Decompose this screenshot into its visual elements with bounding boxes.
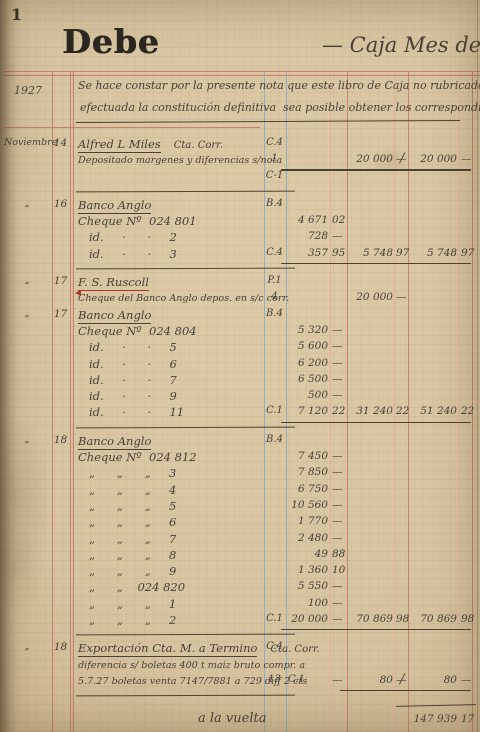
header-caja-mes: — Caja Mes de [322,33,480,57]
description-text: Cheque Nº 024 801 [78,214,197,228]
entry-separator [0,263,480,275]
description-cell: „ „ 024 820 [78,580,275,594]
cents-detail: — [332,580,346,592]
note-line-1: Se hace constar por la presente nota que… [78,79,474,92]
day-cell: 18 [51,434,70,446]
amount-detail: 49 [283,548,328,560]
folio-cell: 1 [263,153,286,164]
cents-detail: — [332,340,346,352]
description-text: „ „ „ 9 [89,564,176,578]
carry-forward-total-cents: 17 [461,713,475,725]
ruling-line [4,71,480,72]
entry-separator [0,629,480,641]
ledger-row: „17Banco AngloB.4 [0,308,480,324]
cents-detail: — [332,357,346,369]
amount-subtotal: 20 000 [347,153,393,165]
amount-total: 80 [408,674,457,686]
description-text: diferencia s/ boletas 400 t maiz bruto c… [78,660,305,671]
amount-total: 5 748 [408,247,457,259]
description-text: Cheque Nº 024 804 [78,324,197,338]
day-cell: 16 [51,198,70,210]
amount-detail: 6 200 [283,357,328,369]
ledger-row: „ „ „ 1100— [0,597,480,613]
ledger-row: id. · · 3C.4357955 748975 74897 [0,247,480,263]
description-text: Cheque del Banco Anglo depos. en s/c cor… [78,293,289,304]
cents-detail: 22 [332,405,346,417]
page-title-debe: Debe [62,22,160,61]
description-text: „ „ 024 820 [89,580,185,594]
cents-detail: — [332,389,346,401]
description-cell: „ „ „ 9 [78,564,275,578]
note-underline [76,120,460,123]
amount-subtotal: 20 000 [347,291,393,303]
description-text: Cheque Nº 024 812 [78,450,197,464]
folio-cell: C.4 [263,641,286,652]
description-cell: Depositado margenes y diferencias s/nota [78,153,264,166]
amount-subtotal: 70 869 [347,613,393,625]
description-text: Banco Anglo [78,434,151,450]
total-rule [396,704,476,707]
description-cell: id. · · 5 [78,340,275,354]
carry-forward-row: a la vuelta 147 939 17 [0,702,480,732]
ledger-row: „16Banco AngloB.4 [0,198,480,214]
ledger-row: „ „ „ 61 770— [0,515,480,531]
description-cell: diferencia s/ boletas 400 t maiz bruto c… [78,658,264,671]
cents-subtotal: 98 [396,613,408,625]
amount-subtotal: 31 240 [347,405,393,417]
ledger-row: „ „ „ 91 36010 [0,564,480,580]
cents-detail: — [332,466,346,478]
amount-detail: 7 850 [283,466,328,478]
description-cell: „ „ „ 6 [78,515,275,529]
day-cell: 14 [51,137,70,149]
ledger-row: id. · · 66 200— [0,357,480,373]
description-cell: „ „ „ 4 [78,483,275,497]
ledger-row: id. · · 55 600— [0,340,480,356]
amount-detail: 357 [283,247,328,259]
description-text: id. · · 9 [89,389,177,403]
folio-cell: C-1 [263,170,286,181]
description-text: „ „ „ 7 [89,532,176,546]
day-cell: 17 [51,308,70,320]
folio-cell: B.4 [263,308,286,319]
cents-total: 97 [461,247,475,259]
ledger-row: „18Exportación Cta. M. a TerminoCta. Cor… [0,641,480,657]
folio-cell-2: C.1 [288,674,310,685]
description-text: Banco Anglo [78,308,151,324]
amount-detail: 1 770 [283,515,328,527]
ledger-row: „ „ „ 2C.120 000—70 8699870 86998 [0,613,480,629]
cents-detail: 95 [332,247,346,259]
ledger-row: 5.7.27 boletas venta 7147/7881 a 729 dif… [0,674,480,690]
cents-detail: — [332,373,346,385]
cents-subtotal: — [396,291,408,303]
description-cell: „ „ „ 1 [78,597,275,611]
ledger-row: C-1 [0,170,480,186]
folio-cell: B.4 [263,434,286,445]
description-cell: F. S. Ruscoll [78,275,264,289]
folio-cell: 13 [263,674,286,685]
description-cell: Banco Anglo [78,434,264,448]
cents-total: — [461,153,475,165]
cents-detail: — [332,674,346,686]
amount-detail: 728 [283,230,328,242]
description-cell: Exportación Cta. M. a TerminoCta. Corr. [78,641,264,655]
ledger-row: id. · · 76 500— [0,373,480,389]
amount-detail: 20 000 [283,613,328,625]
description-text: „ „ „ 1 [89,597,176,611]
description-text: „ „ „ 4 [89,483,176,497]
ledger-row: Cheque Nº 024 8045 320— [0,324,480,340]
description-text: „ „ „ 3 [89,466,176,480]
description-text: „ „ „ 8 [89,548,176,562]
ledger-row: „ „ „ 37 850— [0,466,480,482]
ledger-rows: Noviembre14Alfred L MilesCta. Corr.C.4De… [0,137,480,702]
entry-separator [0,186,480,198]
cents-detail: — [332,324,346,336]
note-line-2: efectuada la constitución definitiva sea… [80,101,472,114]
description-text: id. · · 6 [89,357,177,371]
cents-total: — [461,674,475,686]
description-text: Depositado margenes y diferencias s/nota [78,155,282,166]
cents-total: 98 [461,613,475,625]
ledger-row: „ „ „ 84988 [0,548,480,564]
description-text: id. · · 5 [89,340,177,354]
description-text: F. S. Ruscoll [78,275,149,291]
description-cell: Banco Anglo [78,308,264,322]
cents-detail: 10 [332,564,346,576]
book-spine-shadow [0,0,18,732]
ledger-row: „ „ „ 510 560— [0,499,480,515]
description-text: „ „ „ 5 [89,499,176,513]
ledger-row: Depositado margenes y diferencias s/nota… [0,153,480,169]
description-cell: „ „ „ 5 [78,499,275,513]
description-text: id. · · 3 [89,247,177,261]
entry-separator-line [76,268,295,270]
ruling-line [4,75,480,76]
ledger-row: „17F. S. RuscollP.1 [0,275,480,291]
day-cell: 18 [51,641,70,653]
ledger-row: Cheque del Banco Anglo depos. en s/c cor… [0,291,480,307]
description-cell: id. · · 7 [78,373,275,387]
description-cell: Cheque del Banco Anglo depos. en s/c cor… [78,291,264,304]
ledger-row: id. · · 2728— [0,230,480,246]
cents-detail: — [332,450,346,462]
folio-cell: 4 [263,291,286,302]
cents-detail: — [332,515,346,527]
ledger-row: „ „ 024 8205 550— [0,580,480,596]
description-cell: „ „ „ 7 [78,532,275,546]
description-cell: id. · · 3 [78,247,275,261]
ledger-row: „ „ „ 72 480— [0,532,480,548]
folio-cell: C.4 [263,137,286,148]
cents-detail: 02 [332,214,346,226]
cents-subtotal: 97 [396,247,408,259]
tick-mark: ∕ [400,672,410,687]
description-cell: Cheque Nº 024 804 [78,324,264,338]
amount-detail: 500 [283,389,328,401]
amount-detail: 1 360 [283,564,328,576]
carry-forward-label: a la vuelta [198,711,266,726]
entry-separator-line [76,634,295,636]
cents-detail: — [332,532,346,544]
entry-separator-line [76,426,295,428]
amount-detail: 7 450 [283,450,328,462]
cents-detail: — [332,230,346,242]
ledger-row: id. · · 9500— [0,389,480,405]
amount-total: 70 869 [408,613,457,625]
description-cell: 5.7.27 boletas venta 7147/7881 a 729 dif… [78,674,264,687]
description-text: „ „ „ 6 [89,515,176,529]
description-secondary: Cta. Corr. [174,140,223,151]
amount-detail: 6 750 [283,483,328,495]
amount-detail: 2 480 [283,532,328,544]
tick-mark: ∕ [400,151,410,166]
cents-detail: — [332,483,346,495]
cents-detail: 88 [332,548,346,560]
description-text: Exportación Cta. M. a Termino [78,641,257,657]
description-cell: id. · · 11 [78,405,275,419]
amount-total: 20 000 [408,153,457,165]
ledger-row: „ „ „ 46 750— [0,483,480,499]
amount-detail: 10 560 [283,499,328,511]
description-cell: „ „ „ 2 [78,613,275,627]
description-cell: id. · · 9 [78,389,275,403]
amount-detail: 7 120 [283,405,328,417]
description-cell: „ „ „ 3 [78,466,275,480]
cents-total: 22 [461,405,475,417]
amount-subtotal: 5 748 [347,247,393,259]
cents-subtotal: 22 [396,405,408,417]
amount-subtotal: 80 [347,674,393,686]
folio-cell: P.1 [263,275,286,286]
ledger-row: id. · · 11C.17 1202231 2402251 24022 [0,405,480,421]
ledger-row: Cheque Nº 024 8014 67102 [0,214,480,230]
ledger-page: 1 Debe — Caja Mes de 1927 Se hace consta… [0,0,480,732]
description-cell: Alfred L MilesCta. Corr. [78,137,264,151]
carry-forward-total: 147 939 [408,713,457,725]
description-text: id. · · 7 [89,373,177,387]
day-cell: 17 [51,275,70,287]
description-text: Alfred L Miles [78,137,161,153]
amount-detail: 4 671 [283,214,328,226]
page-edge [477,0,479,732]
ledger-body: Noviembre14Alfred L MilesCta. Corr.C.4De… [0,137,480,732]
cents-detail: — [332,597,346,609]
amount-detail: 5 550 [283,580,328,592]
description-cell: Banco Anglo [78,198,264,212]
cents-detail: — [332,613,346,625]
entry-separator-line [76,695,295,697]
ledger-row: Cheque Nº 024 8127 450— [0,450,480,466]
description-text: id. · · 11 [89,405,184,419]
folio-cell: B.4 [263,198,286,209]
description-cell: Cheque Nº 024 801 [78,214,264,228]
amount-detail: 6 500 [283,373,328,385]
description-text: Banco Anglo [78,198,151,214]
amount-detail: 100 [283,597,328,609]
entry-separator [0,690,480,702]
entry-separator [0,422,480,434]
entry-separator-line [76,191,295,193]
description-cell: Cheque Nº 024 812 [78,450,264,464]
description-cell: id. · · 2 [78,230,275,244]
description-text: id. · · 2 [89,230,177,244]
amount-detail: 5 320 [283,324,328,336]
ledger-row: „18Banco AngloB.4 [0,434,480,450]
description-cell: „ „ „ 8 [78,548,275,562]
ruling-line [4,127,260,128]
description-cell: id. · · 6 [78,357,275,371]
amount-total: 51 240 [408,405,457,417]
description-text: „ „ „ 2 [89,613,176,627]
amount-detail: 5 600 [283,340,328,352]
cents-detail: — [332,499,346,511]
